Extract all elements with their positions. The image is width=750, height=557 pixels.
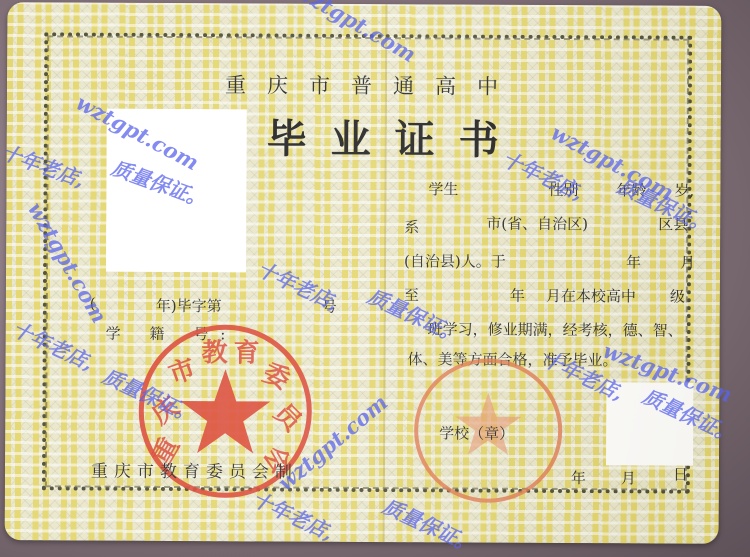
photo-placeholder [106,109,247,273]
field-end-month-school-label: 月在本校高中 [546,285,636,306]
field-autonomous-county-label: (自治县)人。于 [404,250,506,272]
field-study-text: 班学习，修业期满，经考核，德、智、 [428,318,683,340]
issued-by-text: 重庆市教育委员会制 [91,457,298,483]
field-start-month-label: 月 [680,252,695,273]
cert-number-suffix: 号 [322,296,337,317]
svg-text:教: 教 [201,338,228,368]
issue-date-month-label: 月 [621,467,636,488]
field-age-unit: 岁, [674,180,694,201]
field-grade-label: 级 [670,286,685,307]
redaction-box [606,382,693,465]
field-end-year-label: 年 [510,285,525,306]
certificate-paper: 重庆市普通高中 毕业证书 ( 年)毕字第 号 学 籍 号: 重 庆 市 教 育 … [5,2,722,544]
certificate-title: 毕业证书 [267,107,523,165]
svg-text:庆: 庆 [146,391,185,431]
issue-date-year-label: 年 [571,467,586,488]
cert-number-label: 年)毕字第 [156,295,222,316]
field-student-label: 学生 [428,178,458,199]
school-seal-label: 学校（章） [439,422,514,443]
field-district-label: 区县 [658,214,688,235]
issue-date-day-label: 日 [673,464,688,485]
field-to-label: 至 [404,284,419,305]
field-city-province-label: 市(省、自治区) [486,213,588,235]
field-from-label: 系 [404,216,419,237]
field-gender-label: 性别 [548,179,578,200]
issuer-heading: 重庆市普通高中 [225,69,519,101]
cert-number-open-paren: ( [90,295,96,313]
svg-text:委: 委 [258,358,294,396]
field-start-year-label: 年 [626,251,641,272]
field-age-label: 年龄 [616,179,646,200]
svg-text:市: 市 [165,354,200,391]
svg-text:育: 育 [233,337,259,368]
svg-text:员: 员 [268,398,309,439]
